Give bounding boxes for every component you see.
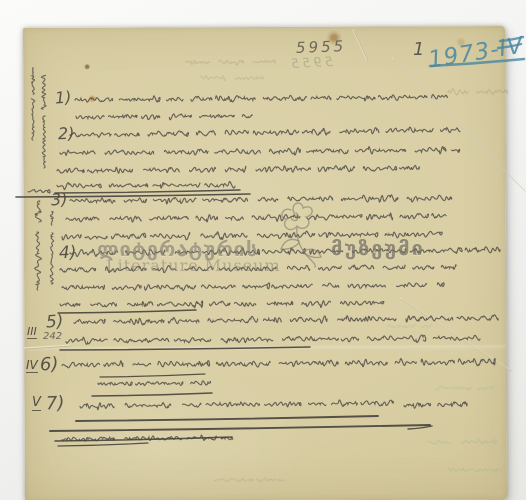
- item-3-marker: 3): [51, 192, 68, 209]
- item-1-line-2: [76, 114, 252, 120]
- underline-item-7-b: [50, 425, 430, 431]
- bleedthrough-ghost: [448, 89, 508, 95]
- underline-item-7-a: [76, 416, 378, 421]
- underline-item-5: [60, 347, 310, 350]
- item-6-marker: 6): [40, 356, 59, 375]
- bleedthrough-ghost: [388, 324, 432, 328]
- underline-item-6-a: [100, 374, 205, 377]
- item-7-roman-numeral: V: [32, 396, 41, 411]
- item-5-marker: 5): [46, 314, 64, 332]
- paper-crease: [353, 30, 367, 60]
- page-number: 1: [413, 41, 424, 59]
- item-2-line-3: [57, 166, 419, 174]
- margin-note-mid-b: [50, 212, 53, 284]
- item-3-line-3: [62, 231, 442, 240]
- archive-number: 5955: [296, 39, 347, 56]
- separator-knot: [28, 190, 50, 193]
- item-4-marker: 4): [59, 245, 77, 263]
- paper-crease-shadow: [354, 31, 368, 61]
- item-1-line-1: [75, 95, 448, 103]
- item-7-marker: 7): [46, 395, 65, 414]
- strikethrough-2: [58, 443, 148, 446]
- item-6-roman-numeral: IV: [26, 359, 38, 373]
- handwriting-ink-layer: [0, 0, 526, 500]
- bleedthrough-ghost: [448, 468, 502, 473]
- margin-note-top-a: [41, 75, 46, 168]
- item-5-line-2: [66, 335, 480, 344]
- item-6-line-1: [62, 358, 495, 367]
- item-4-line-4: [60, 301, 384, 308]
- item-4-line-2: [60, 265, 456, 273]
- scanned-manuscript: 5955 5955 1 1973-IV 1)2)3)4)5)III2426)IV…: [0, 0, 526, 500]
- margin-note-top-a: [41, 75, 46, 168]
- bleedthrough-ghost: [436, 386, 493, 390]
- item-5-margin-number: 242: [43, 332, 62, 342]
- item-3-line-2: [66, 213, 446, 222]
- item-2-marker: 2): [58, 126, 75, 143]
- item-4-line-3: [62, 283, 444, 291]
- underline-item-2: [55, 190, 240, 193]
- item-2-line-4: [57, 182, 235, 190]
- margin-note-mid-a: [35, 201, 42, 290]
- underline-item-6-b: [92, 393, 212, 396]
- underline-parenthetical: [408, 426, 432, 429]
- bleedthrough-ghost: [200, 76, 263, 81]
- item-1-marker: 1): [54, 89, 71, 106]
- paper-crease-shadow: [393, 59, 525, 191]
- item-4-line-1: [70, 247, 500, 257]
- margin-note-top-b: [31, 68, 34, 140]
- item-2-line-1: [70, 127, 460, 137]
- item-6-line-2: [98, 381, 211, 386]
- margin-note-mid-b: [50, 212, 53, 284]
- underline-item-4: [58, 310, 196, 313]
- margin-note-mid-a: [35, 201, 42, 290]
- item-7-line-1: [80, 400, 393, 410]
- margin-note-top-b: [31, 68, 34, 140]
- item-7-parenthetical: [404, 402, 467, 409]
- item-2-line-2: [60, 147, 460, 156]
- item-5-roman-numeral: III: [27, 326, 37, 339]
- bleedthrough-ghost: [186, 60, 275, 65]
- bleedthrough-ghost: [428, 439, 496, 444]
- bleedthrough-ghost: [214, 478, 284, 481]
